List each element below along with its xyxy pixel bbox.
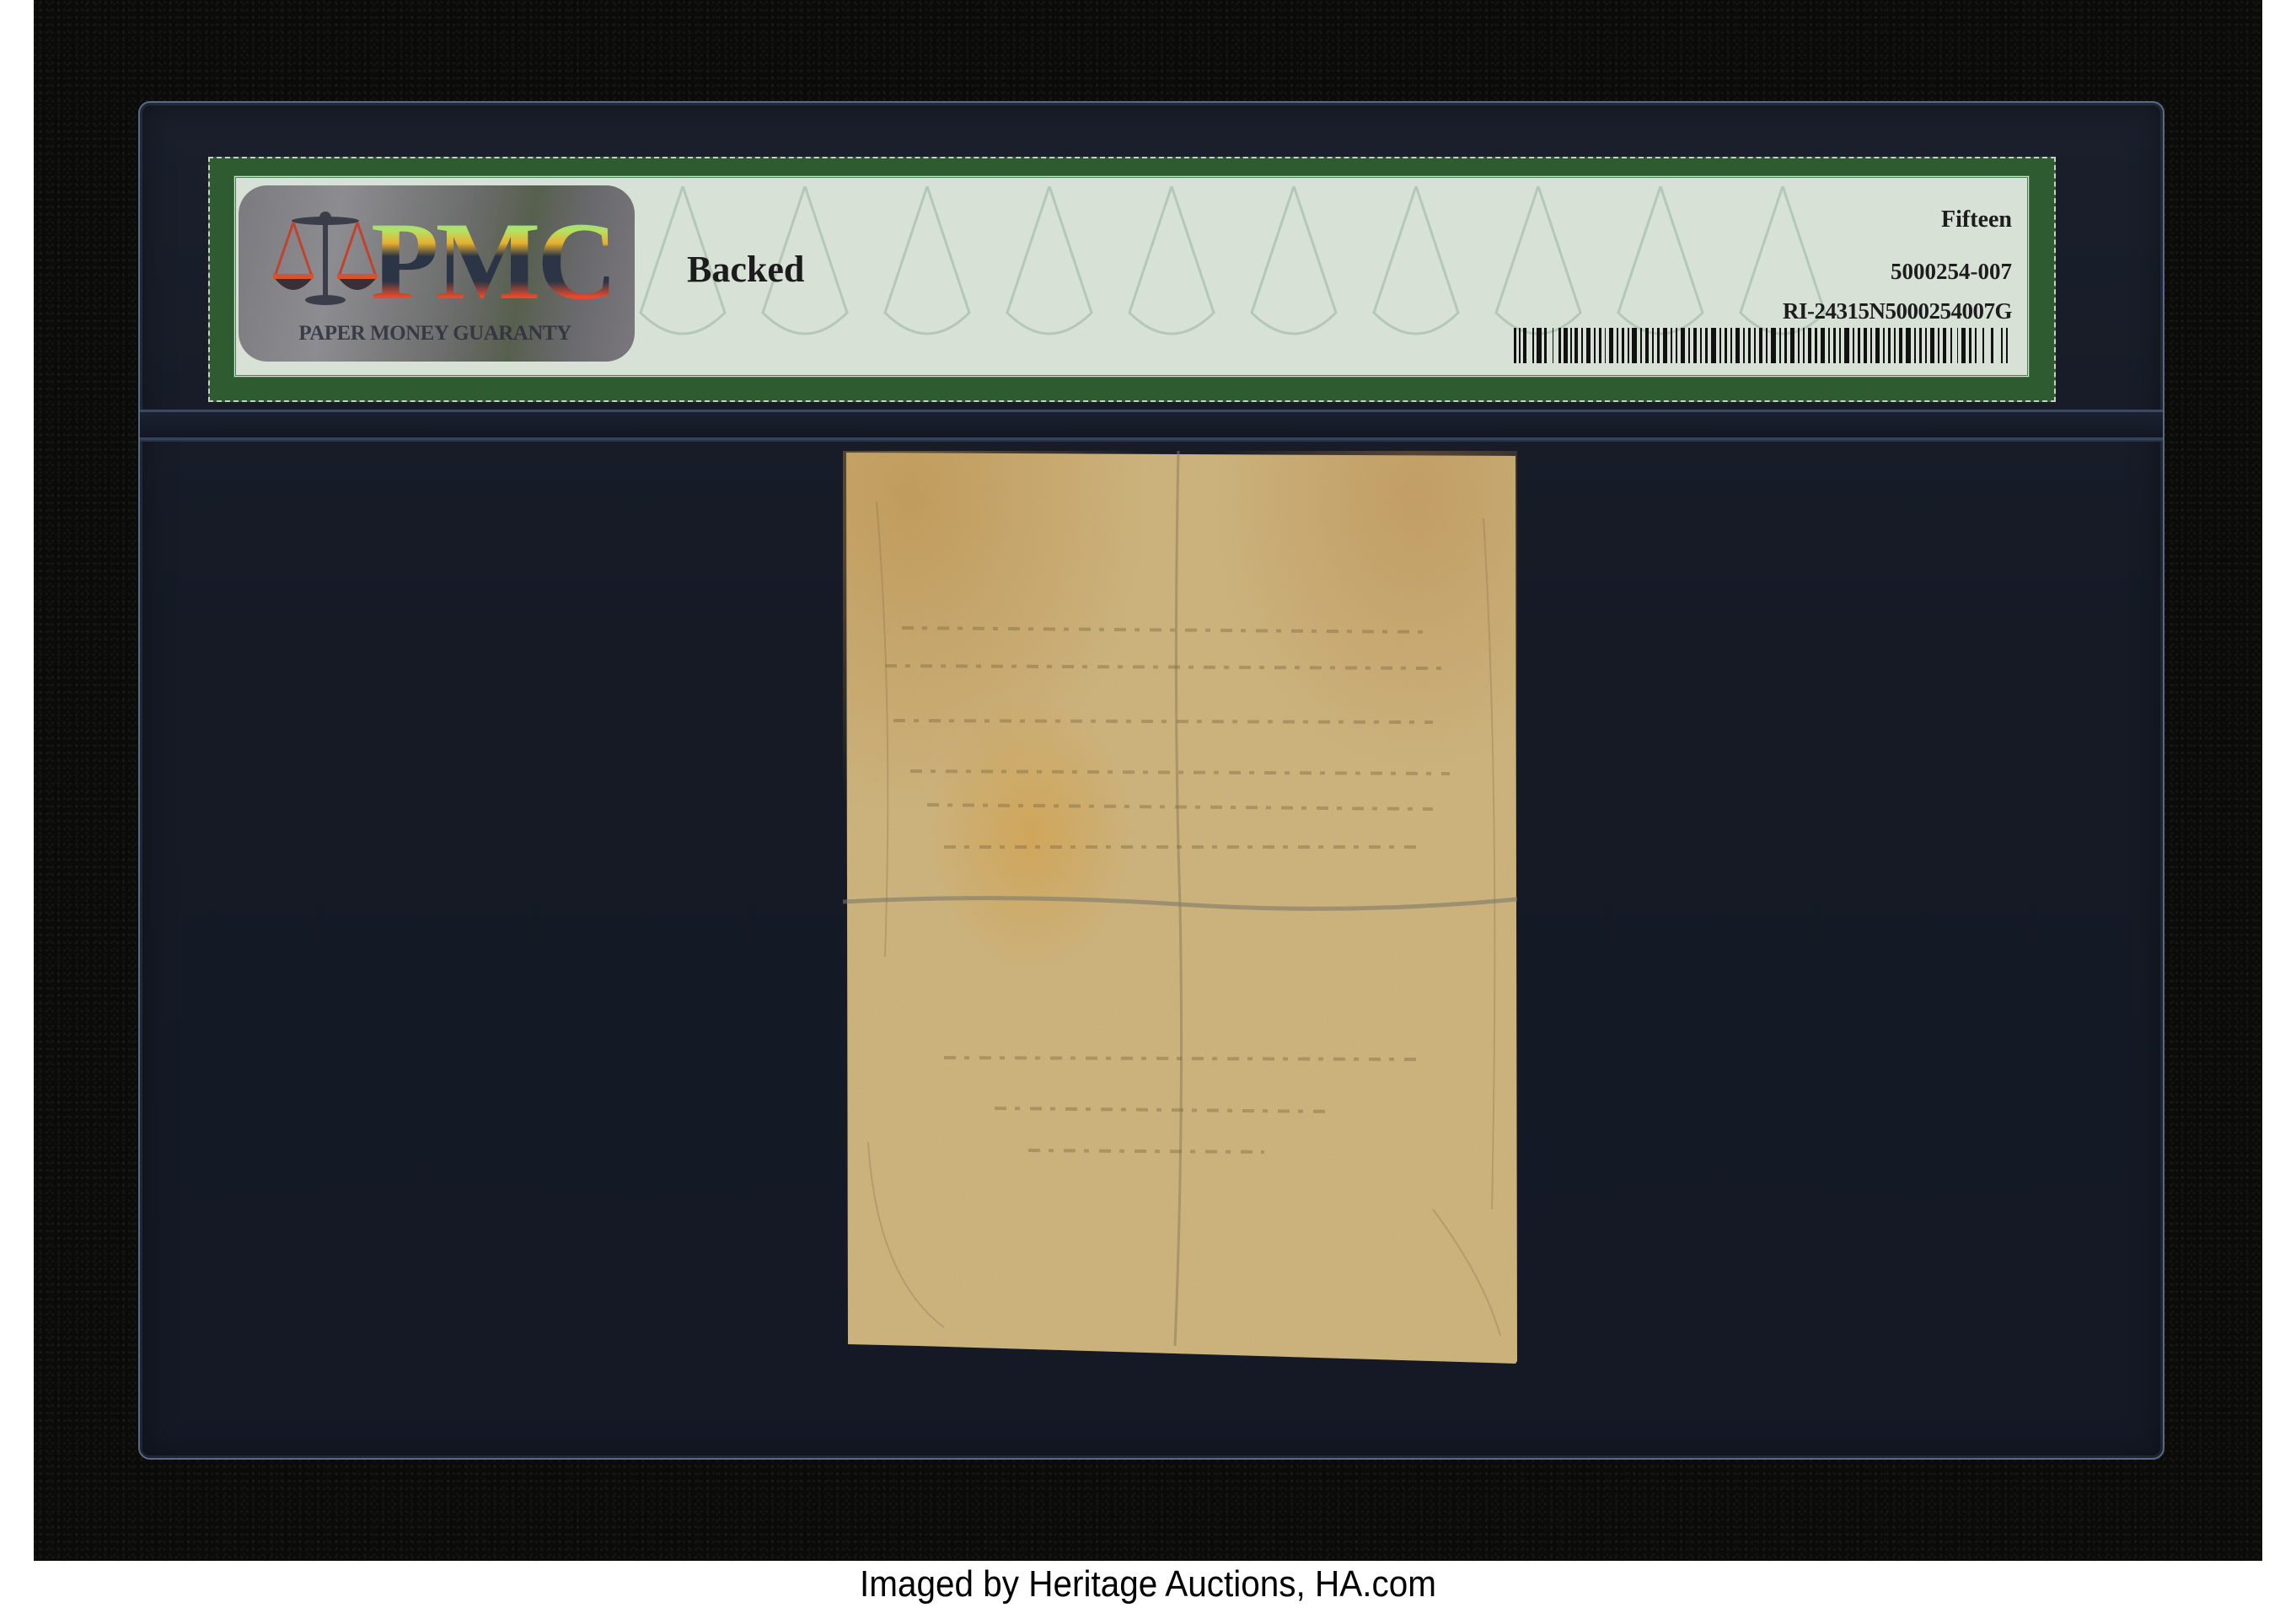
cert-number: 5000254-007 (1891, 259, 2012, 285)
watermark-scale-icon (1365, 186, 1467, 367)
scales-of-justice-icon (271, 209, 379, 308)
image-credit-caption: Imaged by Heritage Auctions, HA.com (92, 1561, 2204, 1608)
holder-seam (140, 410, 2163, 440)
watermark-scale-icon (877, 186, 978, 367)
watermark-scale-icon (999, 186, 1100, 367)
watermark-scale-icon (1243, 186, 1344, 367)
holder-seam-line (140, 440, 2163, 442)
watermark-scale-icon (1121, 186, 1222, 367)
pmc-logo-text: PMC (371, 211, 614, 312)
barcode-id: RI-24315N5000254007G (1783, 298, 2012, 324)
grade-word: Fifteen (1941, 206, 2012, 233)
barcode (1514, 328, 2011, 363)
banknote-reverse (843, 451, 1517, 1364)
pmc-full-name: PAPER MONEY GUARANTY (278, 322, 592, 346)
designation-text: Backed (687, 248, 804, 291)
